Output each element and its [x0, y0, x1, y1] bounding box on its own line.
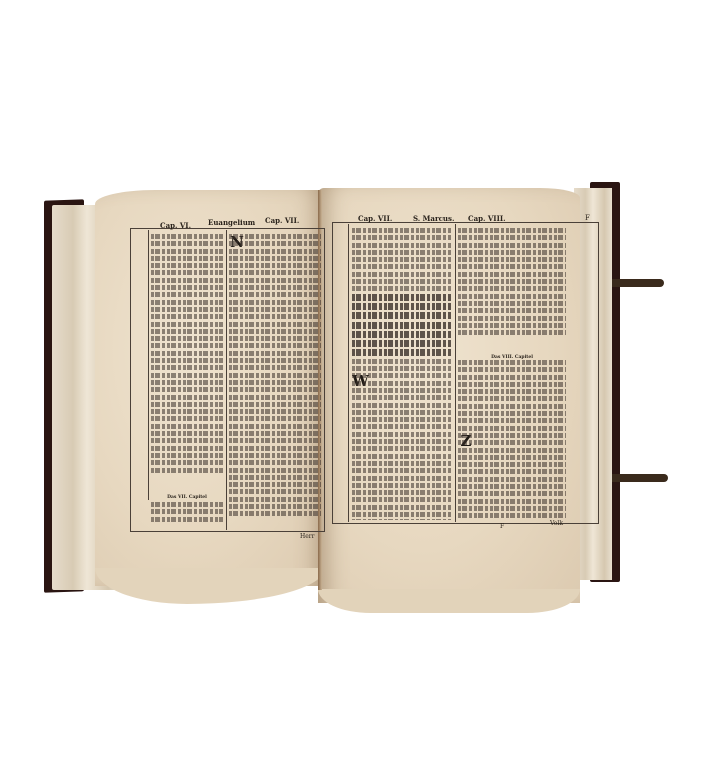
left-running-head-left: Cap. VI.: [160, 221, 191, 230]
left-column-1: [151, 234, 223, 489]
right-running-head-right: Cap. VIII.: [468, 214, 506, 223]
clasp-lower: [612, 474, 668, 482]
right-page-signature: F: [500, 523, 504, 530]
left-column-2: N: [229, 234, 321, 528]
right-column-2-bottom: Z: [458, 360, 566, 520]
left-section-heading: Das VII. Capitel: [151, 495, 223, 500]
clasp-upper: [612, 279, 664, 287]
left-catchword: Herr: [300, 533, 315, 540]
right-margin-rule: [348, 224, 349, 522]
right-catchword: Volk: [550, 520, 563, 527]
book-photo: Cap. VI. Euangelium Cap. VII. Das VII. C…: [0, 0, 710, 780]
left-column-divider: [226, 230, 227, 530]
left-running-head-right: Cap. VII.: [265, 216, 299, 225]
right-folio: F: [585, 214, 590, 222]
right-column-2-top: [458, 228, 566, 348]
right-column-divider: [455, 224, 456, 522]
left-running-head-center: Euangelium: [208, 218, 255, 227]
right-column-1: W: [352, 228, 452, 520]
right-running-head-center: S. Marcus.: [413, 214, 454, 223]
left-chapter-summary: [151, 502, 223, 528]
right-running-head-left: Cap. VII.: [358, 214, 392, 223]
left-margin-rule: [148, 230, 149, 500]
